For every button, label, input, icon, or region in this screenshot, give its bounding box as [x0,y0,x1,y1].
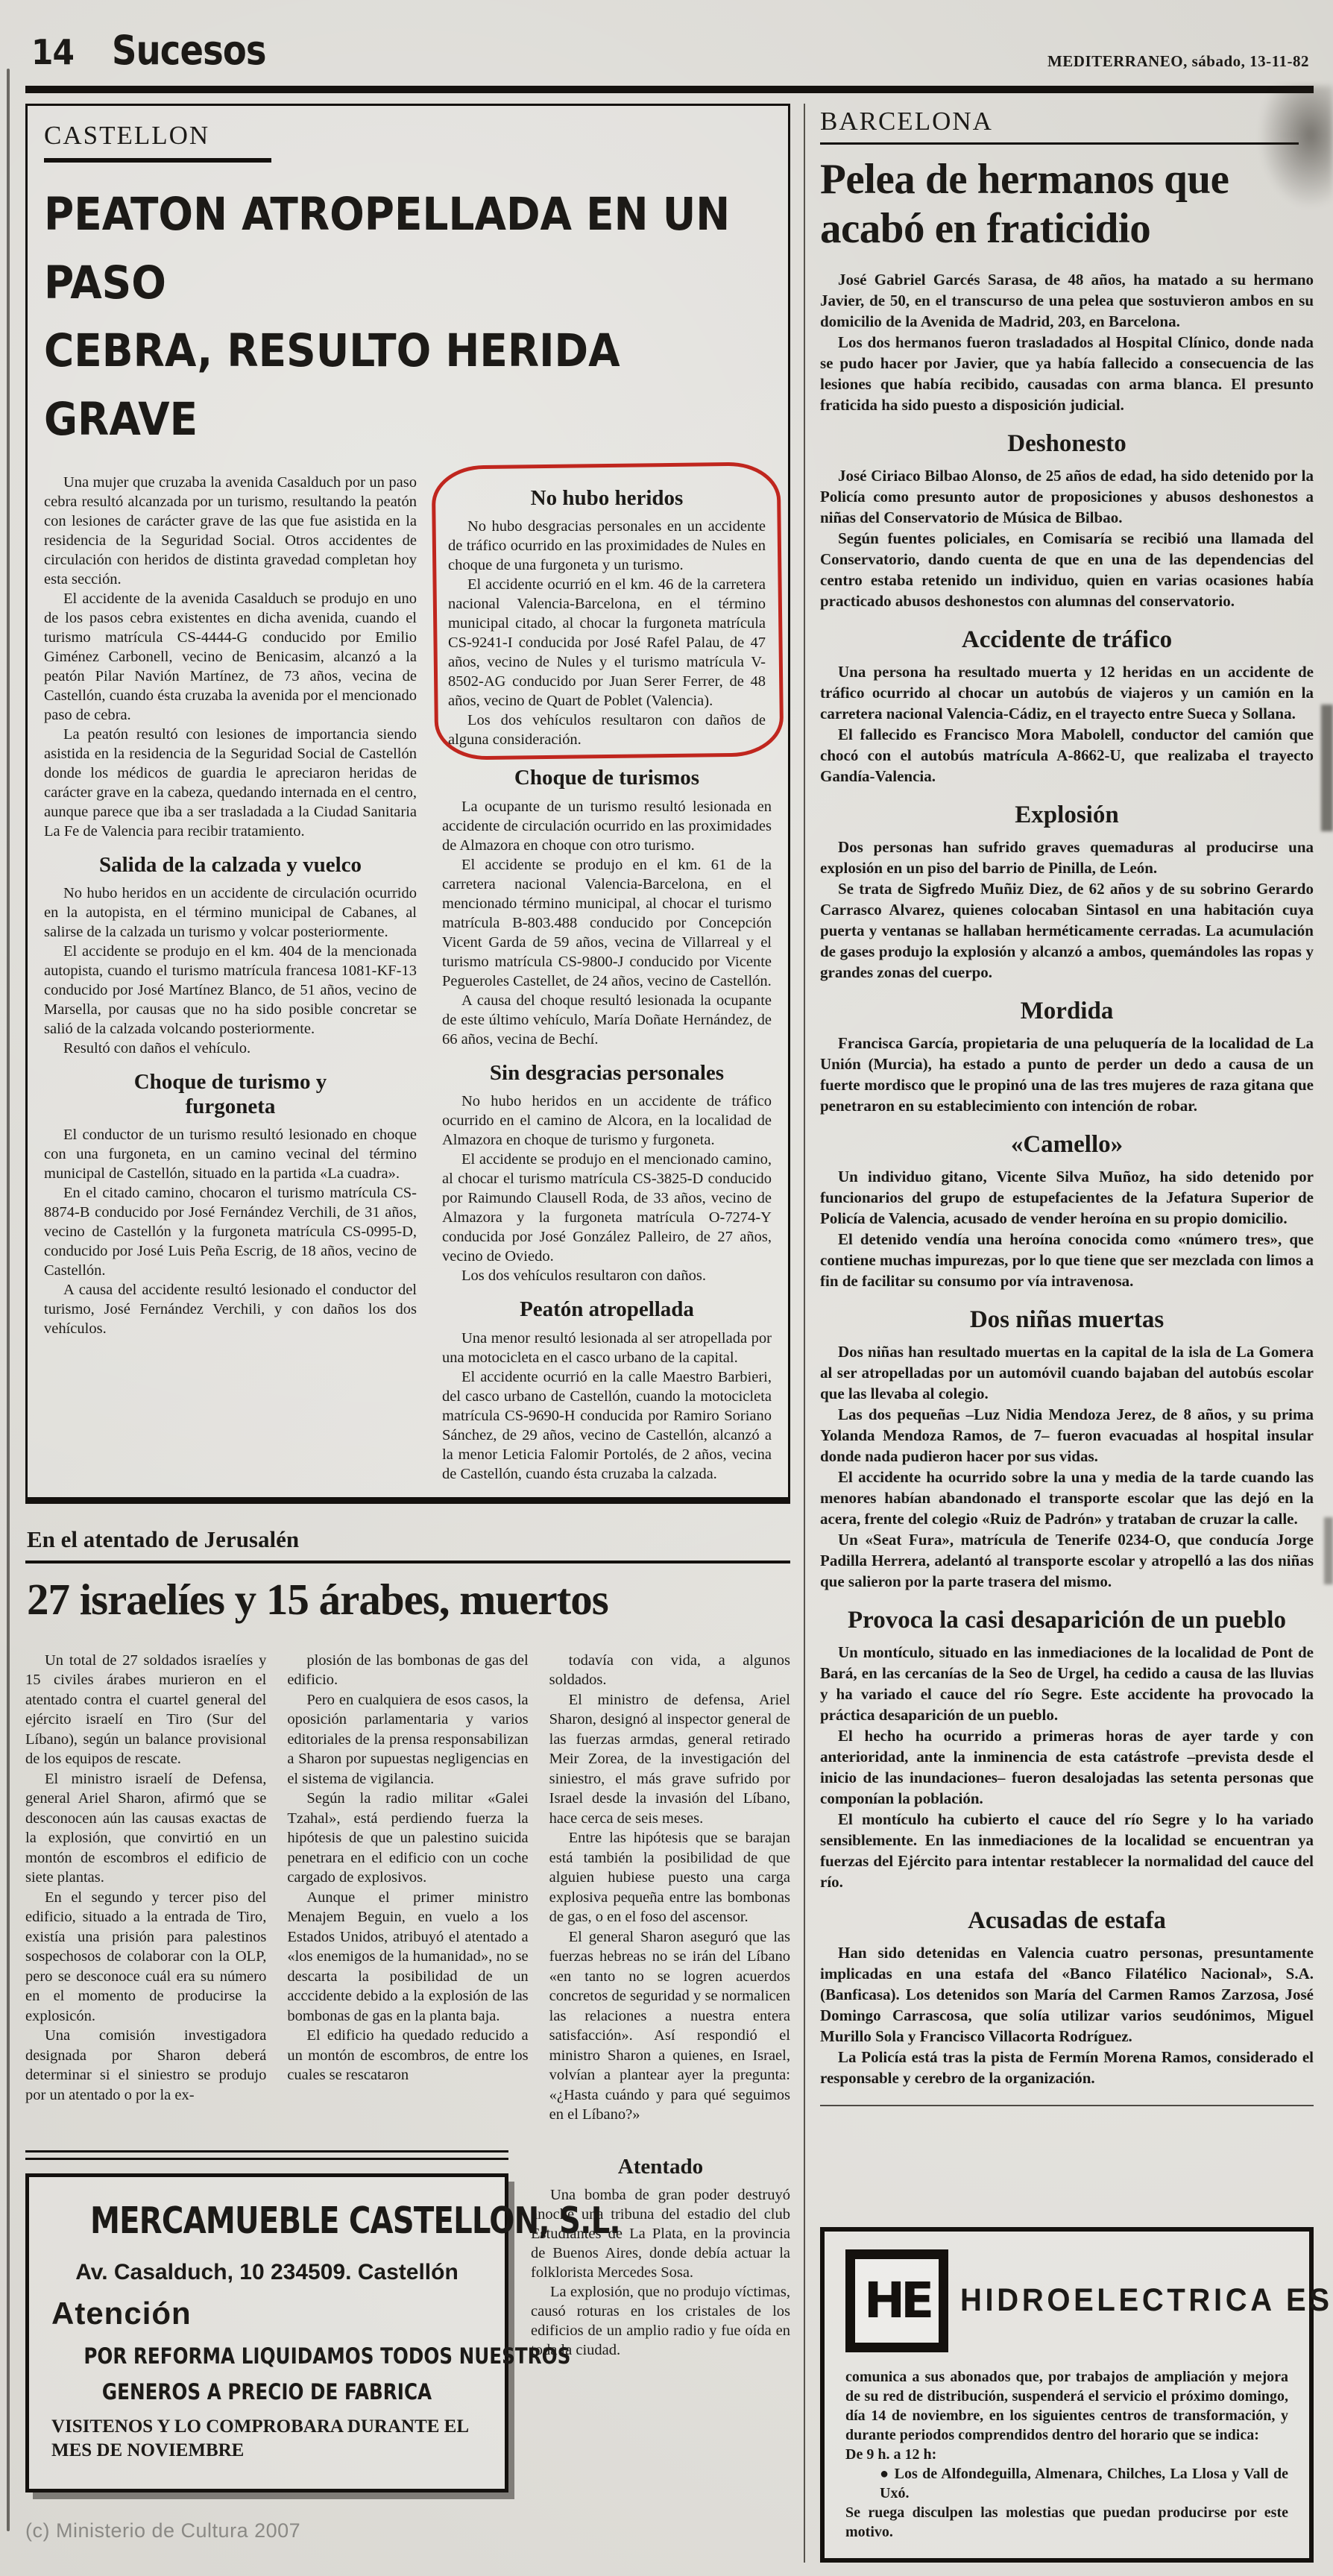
ad-line-2: GENEROS A PRECIO DE FABRICA [83,2379,450,2405]
article-block-circled: No hubo heridosNo hubo desgracias person… [442,473,772,754]
paragraph: No hubo heridos en un accidente de circu… [44,884,417,942]
ad-line-3: VISITENOS Y LO COMPROBARA DURANTE EL MES… [51,2415,482,2463]
paragraph: El detenido vendía una heroína conocida … [820,1229,1314,1291]
jerusalem-column-1: Un total de 27 soldados israelíes y 15 c… [25,1651,266,2125]
scan-artifact [1324,1517,1333,1584]
article-block: MordidaFrancisca García, propietaria de … [820,998,1314,1116]
paragraph: El conductor de un turismo resultó lesio… [44,1125,417,1183]
paragraph: Los dos hermanos fueron trasladados al H… [820,332,1314,415]
article-block: ExplosiónDos personas han sufrido graves… [820,802,1314,983]
paragraph: El general Sharon aseguró que las fuerza… [549,1927,790,2125]
scan-edge-artifact [7,69,10,2531]
article-block: Acusadas de estafaHan sido detenidas en … [820,1907,1314,2088]
paragraph: Los dos vehículos resultaron con daños d… [448,711,766,749]
article-heading: Explosión [820,802,1314,829]
ad-attention: Atención [51,2296,482,2331]
article-block: Choque de turismosLa ocupante de un turi… [442,766,772,1048]
paragraph: El accidente de la avenida Casalduch se … [44,589,417,725]
article-heading: Mordida [820,998,1314,1025]
atentado-heading: Atentado [531,2155,790,2179]
jerusalem-section: En el atentado de Jerusalén 27 israelíes… [25,1526,790,2125]
mercamueble-ad: MERCAMUEBLE CASTELLON, S.L. Av. Casalduc… [25,2150,508,2492]
bottom-left-row: MERCAMUEBLE CASTELLON, S.L. Av. Casalduc… [25,2150,790,2492]
paragraph: Dos niñas han resultado muertas en la ca… [820,1341,1314,1404]
paragraph: ● Los de Alfondeguilla, Almenara, Chilch… [845,2464,1288,2503]
article-heading: Salida de la calzada y vuelco [96,853,365,877]
article-block: Choque de turismo y furgonetaEl conducto… [44,1070,417,1338]
paragraph: Resultó con daños el vehículo. [44,1039,417,1058]
article-block: Peatón atropelladaUna menor resultó lesi… [442,1297,772,1483]
masthead: 14 Sucesos MEDITERRANEO, sábado, 13-11-8… [25,22,1314,93]
logo-monogram: HE [864,2272,930,2329]
paragraph: Entre las hipótesis que se barajan está … [549,1828,790,1927]
paragraph: todavía con vida, a algunos soldados. [549,1651,790,1690]
paragraph: Se trata de Sigfredo Muñiz Diez, de 62 a… [820,878,1314,983]
ad-line-1: POR REFORMA LIQUIDAMOS TODOS NUESTROS [83,2343,450,2369]
hidroelectrica-ad: HE HIDROELECTRICA ESPAÑOLA comunica a su… [820,2227,1314,2563]
paragraph: El hecho ha ocurrido a primeras horas de… [820,1725,1314,1809]
paragraph: Una mujer que cruzaba la avenida Casaldu… [44,473,417,589]
page-body: CASTELLON PEATON ATROPELLADA EN UN PASO … [25,104,1314,2563]
barcelona-articles: José Gabriel Garcés Sarasa, de 48 años, … [820,269,1314,2088]
paragraph: El accidente ocurrió en la calle Maestro… [442,1367,772,1484]
castellon-headline: PEATON ATROPELLADA EN UN PASO CEBRA, RES… [44,180,771,453]
paragraph: Una persona ha resultado muerta y 12 her… [820,661,1314,724]
article-heading: Choque de turismo y furgoneta [96,1070,365,1118]
double-rule [25,2150,508,2160]
paragraph: El fallecido es Francisco Mora Mabolell,… [820,724,1314,787]
paragraph: El accidente ocurrió en el km. 46 de la … [448,575,766,711]
article-block: «Camello»Un individuo gitano, Vicente Si… [820,1131,1314,1291]
paragraph: Un «Seat Fura», matrícula de Tenerife 02… [820,1529,1314,1592]
ad-address: Av. Casalduch, 10 234509. Castellón [51,2260,482,2285]
paragraph: Un individuo gitano, Vicente Silva Muñoz… [820,1166,1314,1229]
hidroelectrica-logo-icon: HE [845,2249,948,2352]
masthead-date: MEDITERRANEO, sábado, 13-11-82 [1047,52,1309,74]
ad-separator-rule [820,2105,1314,2106]
article-heading: Accidente de tráfico [820,626,1314,654]
barcelona-label: BARCELONA [820,107,1314,136]
article-block: Una mujer que cruzaba la avenida Casaldu… [44,473,417,841]
article-heading: Peatón atropellada [473,1297,741,1321]
paragraph: De 9 h. a 12 h: [845,2445,1288,2464]
paragraph: No hubo desgracias personales en un acci… [448,517,766,575]
article-heading: Sin desgracias personales [473,1061,741,1085]
paragraph: Un montículo, situado en las inmediacion… [820,1642,1314,1725]
article-heading: Acusadas de estafa [820,1907,1314,1935]
paragraph: El accidente ha ocurrido sobre la una y … [820,1467,1314,1529]
paragraph: Pero en cualquiera de esos casos, la opo… [287,1690,528,1789]
paragraph: Según la radio militar «Galei Tzahal», e… [287,1789,528,1888]
paragraph: A causa del accidente resultó lesionado … [44,1280,417,1338]
paragraph: Han sido detenidas en Valencia cuatro pe… [820,1942,1314,2047]
paragraph: El edificio ha quedado reducido a un mon… [287,2026,528,2085]
jerusalem-headline: 27 israelíes y 15 árabes, muertos [27,1574,790,1625]
paragraph: Se ruega disculpen las molestias que pue… [845,2503,1288,2542]
paragraph: comunica a sus abonados que, por trabajo… [845,2367,1288,2445]
label-rule [820,142,1299,145]
scan-artifact [1258,86,1333,209]
mercamueble-ad-box: MERCAMUEBLE CASTELLON, S.L. Av. Casalduc… [25,2173,508,2492]
article-heading: Choque de turismos [473,766,741,790]
paragraph: En el segundo y tercer piso del edificio… [25,1888,266,2027]
article-block: Accidente de tráficoUna persona ha resul… [820,626,1314,787]
article-heading: Deshonesto [820,430,1314,458]
castellon-section: CASTELLON PEATON ATROPELLADA EN UN PASO … [25,104,790,1504]
headline-line-1: PEATON ATROPELLADA EN UN PASO [44,188,730,309]
paragraph: La peatón resultó con lesiones de import… [44,725,417,841]
article-block: DeshonestoJosé Ciriaco Bilbao Alonso, de… [820,430,1314,611]
barcelona-section: BARCELONA Pelea de hermanos que acabó en… [804,104,1314,2563]
paragraph: Aunque el primer ministro Menajem Beguin… [287,1888,528,2027]
left-zone: CASTELLON PEATON ATROPELLADA EN UN PASO … [25,104,790,2563]
paragraph: Los dos vehículos resultaron con daños. [442,1266,772,1285]
paragraph: Según fuentes policiales, en Comisaría s… [820,528,1314,611]
article-heading: «Camello» [820,1131,1314,1159]
paragraph: La ocupante de un turismo resultó lesion… [442,797,772,855]
headline-line-2: CEBRA, RESULTO HERIDA GRAVE [44,324,620,446]
atentado-article: Atentado Una bomba de gran poder destruy… [531,2150,790,2360]
paragraph: El accidente se produjo en el mencionado… [442,1150,772,1266]
article-block: Sin desgracias personalesNo hubo heridos… [442,1061,772,1285]
paragraph: No hubo heridos en un accidente de tráfi… [442,1092,772,1150]
paragraph: José Ciriaco Bilbao Alonso, de 25 años d… [820,465,1314,528]
castellon-column-1: Una mujer que cruzaba la avenida Casaldu… [44,473,417,1484]
jerusalem-column-3: todavía con vida, a algunos soldados.El … [549,1651,790,2125]
paragraph: El accidente se produjo en el km. 404 de… [44,942,417,1039]
castellon-column-2: No hubo heridosNo hubo desgracias person… [442,473,772,1484]
article-heading: Provoca la casi desaparición de un puebl… [820,1607,1314,1634]
article-block: José Gabriel Garcés Sarasa, de 48 años, … [820,269,1314,415]
paragraph: El montículo ha cubierto el cauce del rí… [820,1809,1314,1892]
page-number: 14 [31,32,74,72]
paragraph: A causa del choque resultó lesionada la … [442,991,772,1049]
label-rule [44,158,271,163]
kicker-rule [25,1561,790,1563]
paragraph: Francisca García, propietaria de una pel… [820,1033,1314,1116]
paragraph: Una menor resultó lesionada al ser atrop… [442,1329,772,1367]
barcelona-headline: Pelea de hermanos que acabó en fraticidi… [820,155,1314,253]
castellon-label: CASTELLON [44,121,772,151]
section-title: Sucesos [112,27,266,74]
paragraph: El ministro de defensa, Ariel Sharon, de… [549,1690,790,1829]
scan-footer: (c) Ministerio de Cultura 2007 [25,2519,790,2542]
article-heading: No hubo heridos [473,486,741,510]
newspaper-page: 14 Sucesos MEDITERRANEO, sábado, 13-11-8… [0,0,1333,2576]
scan-artifact [1321,705,1333,831]
article-block: Provoca la casi desaparición de un puebl… [820,1607,1314,1892]
paragraph: plosión de las bombonas de gas del edifi… [287,1651,528,1690]
article-block: Dos niñas muertasDos niñas han resultado… [820,1306,1314,1592]
paragraph: Un total de 27 soldados israelíes y 15 c… [25,1651,266,1769]
paragraph: El accidente se produjo en el km. 61 de … [442,855,772,991]
paragraph: En el citado camino, chocaron el turismo… [44,1183,417,1280]
article-block: Salida de la calzada y vuelcoNo hubo her… [44,853,417,1058]
paragraph: Dos personas han sufrido graves quemadur… [820,837,1314,878]
ad-title: MERCAMUEBLE CASTELLON, S.L. [90,2199,444,2242]
paragraph: La Policía está tras la pista de Fermín … [820,2047,1314,2088]
hidroelectrica-title: HIDROELECTRICA ESPAÑOLA [960,2282,1333,2319]
hidroelectrica-body: comunica a sus abonados que, por trabajo… [845,2367,1288,2542]
jerusalem-column-2: plosión de las bombonas de gas del edifi… [287,1651,528,2125]
paragraph: El ministro israelí de Defensa, general … [25,1769,266,1888]
jerusalem-kicker: En el atentado de Jerusalén [27,1526,790,1553]
paragraph: Las dos pequeñas –Luz Nidia Mendoza Jere… [820,1404,1314,1467]
paragraph: Una comisión investigadora designada por… [25,2026,266,2105]
paragraph: José Gabriel Garcés Sarasa, de 48 años, … [820,269,1314,332]
article-heading: Dos niñas muertas [820,1306,1314,1334]
